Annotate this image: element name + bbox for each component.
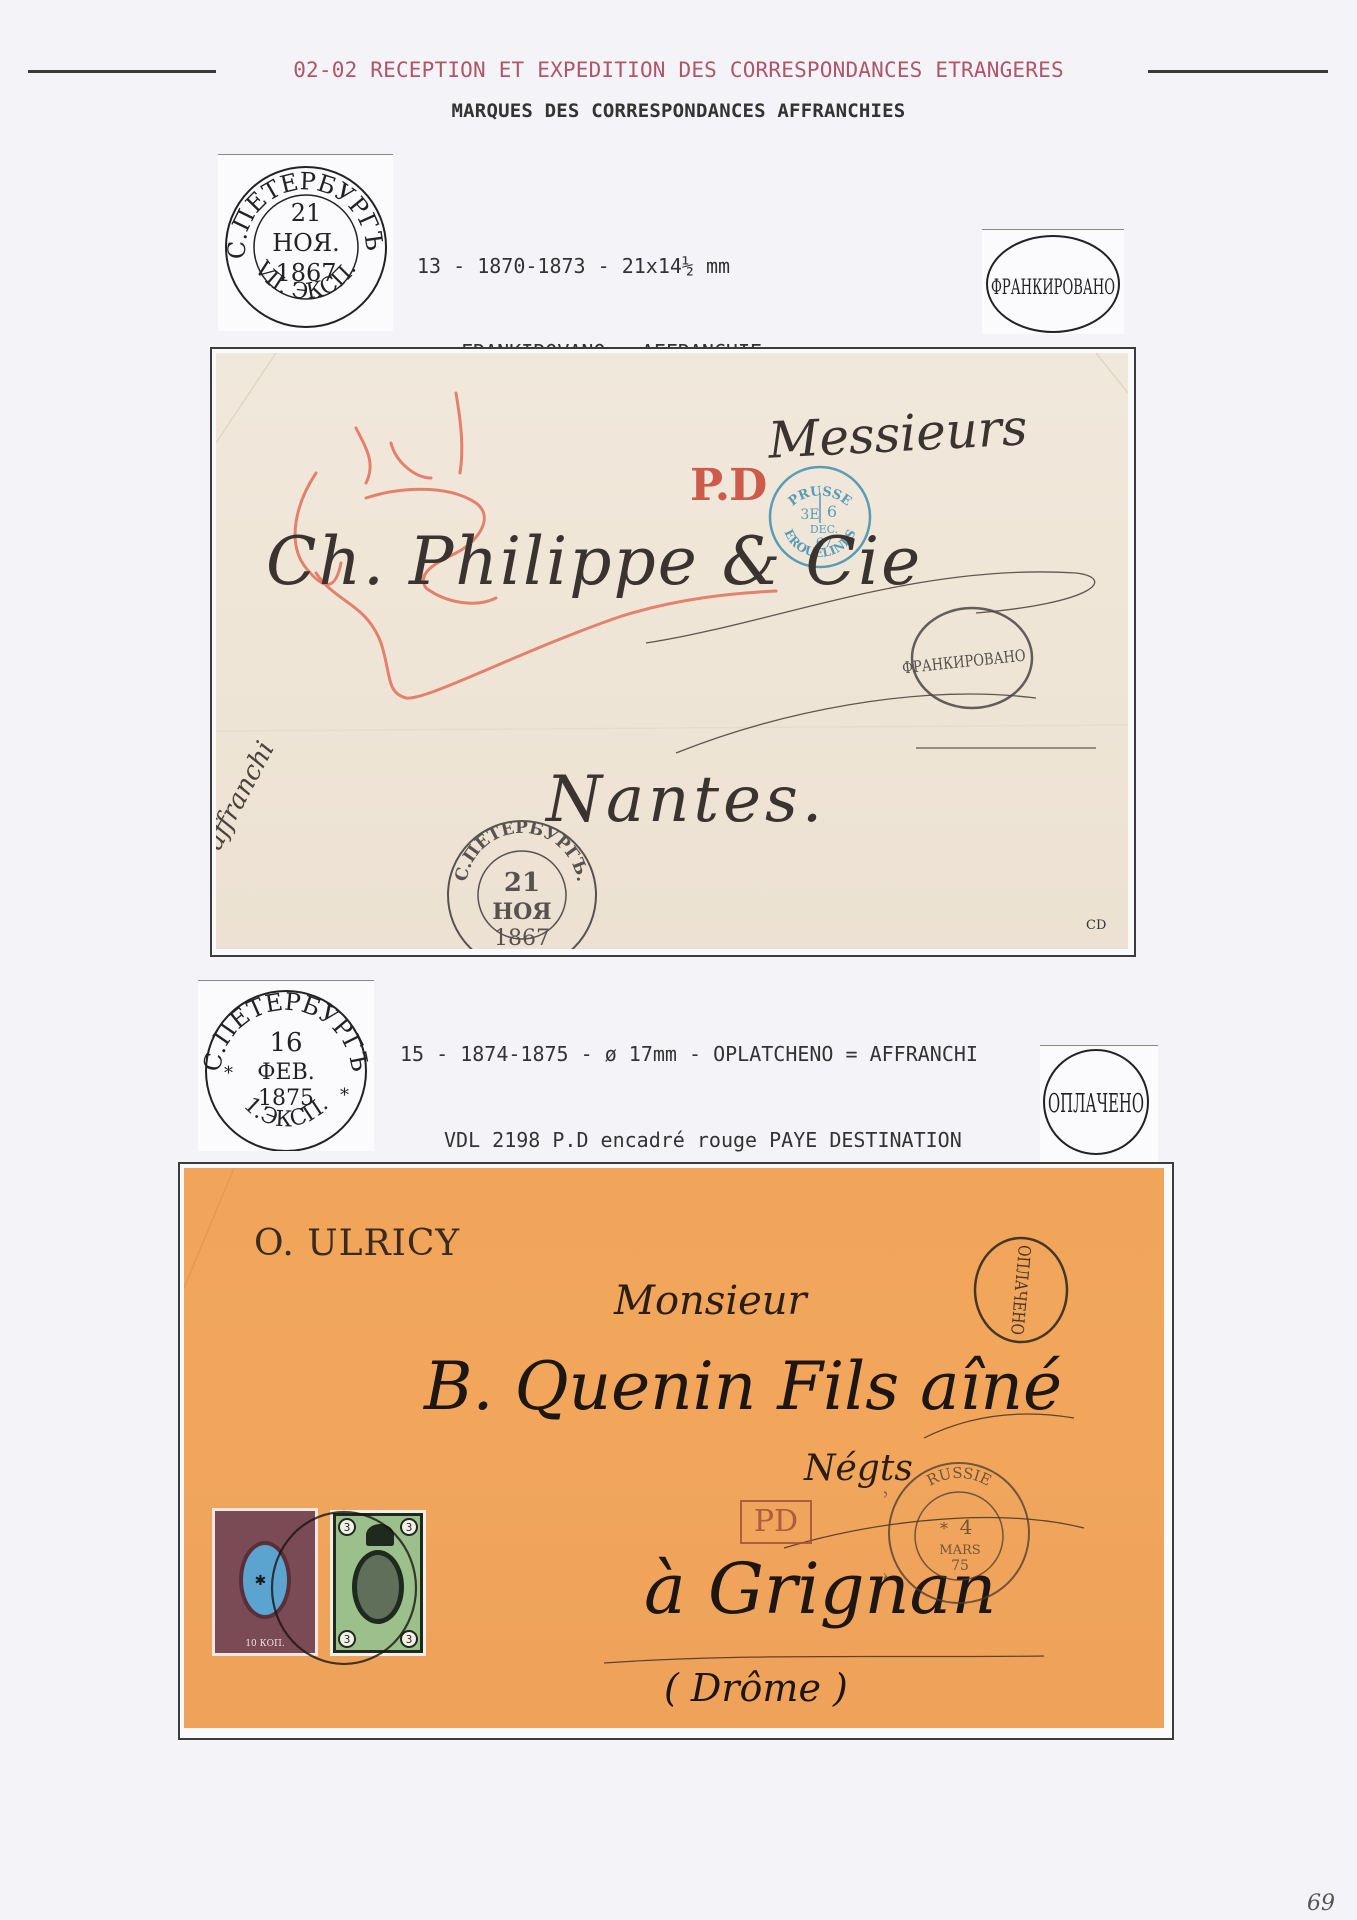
svg-text:НОЯ: НОЯ (492, 899, 551, 925)
svg-text:3E: 3E (800, 507, 819, 523)
mark-illustration-13: ФРАНКИРОВАНО (982, 229, 1124, 334)
description-line: 15 - 1874-1875 - ø 17mm - OPLATCHENO = A… (400, 1040, 978, 1069)
svg-text:21: 21 (504, 868, 540, 898)
svg-text:ОПЛАЧЕНО: ОПЛАЧЕНО (1048, 1089, 1144, 1119)
svg-text:НОЯ.: НОЯ. (272, 229, 340, 257)
page-subtitle: MARQUES DES CORRESPONDANCES AFFRANCHIES (0, 100, 1357, 122)
svg-text:ФЕВ.: ФЕВ. (257, 1060, 314, 1085)
svg-text:6: 6 (827, 502, 837, 521)
corner-mark: CD (1086, 918, 1106, 933)
departure-postmark-st-petersburg: С.ПЕТЕРБУРГЪ. 21 НОЯ 1867 (442, 809, 602, 949)
description-line: 13 - 1870-1873 - 21x14½ mm (417, 252, 858, 281)
cover-15: O. ULRICY Monsieur B. Quenin Fils aîné N… (184, 1168, 1164, 1728)
arrival-postmark-russie: RUSSIE ERQUELINES PARIS * 4 MARS 75 (884, 1458, 1034, 1608)
svg-text:21: 21 (291, 199, 322, 227)
address-recipient: B. Quenin Fils aîné (424, 1348, 1062, 1425)
svg-text:1875: 1875 (258, 1086, 314, 1111)
address-recipient: Ch. Philippe & Cie (266, 523, 922, 600)
svg-text:ФРАНКИРОВАНО: ФРАНКИРОВАНО (901, 646, 1026, 678)
svg-text:*: * (940, 1519, 948, 1538)
svg-text:16: 16 (269, 1028, 302, 1058)
red-pd-mark: P.D (690, 460, 766, 511)
mark-illustration-15: ОПЛАЧЕНО (1040, 1045, 1158, 1164)
boxed-pd-mark: PD (740, 1500, 812, 1544)
svg-text:*: * (340, 1085, 349, 1106)
svg-text:1867: 1867 (494, 926, 550, 949)
sender-name: O. ULRICY (254, 1223, 460, 1264)
svg-text:ERQUELINES: ERQUELINES (884, 1486, 892, 1585)
svg-text:*: * (224, 1063, 233, 1084)
oval-oplatcheno-mark: ОПЛАЧЕНО (966, 1230, 1076, 1350)
black-oval-frankirovano: ФРАНКИРОВАНО (892, 603, 1042, 713)
svg-text:1867: 1867 (275, 259, 336, 287)
svg-text:ФРАНКИРОВАНО: ФРАНКИРОВАНО (991, 275, 1115, 299)
section-title: 02-02 RECEPTION ET EXPEDITION DES CORRES… (0, 58, 1357, 82)
cover-13: P.D PRUSSE EROUELINES 3E 6 DEC. 67 Messi… (216, 353, 1128, 949)
svg-text:MARS: MARS (939, 1543, 980, 1558)
address-department: ( Drôme ) (664, 1666, 848, 1710)
svg-text:4: 4 (960, 1515, 973, 1539)
postmark-illustration-13: С.ПЕТЕРБУРГЪ. VII. ЭКСП. 21 НОЯ. 1867 (218, 154, 393, 331)
postmark-illustration-15: С.ПЕТЕРБУРГЪ 1.ЭКСП. 16 ФЕВ. 1875 * * (198, 980, 374, 1151)
address-monsieur: Monsieur (614, 1278, 807, 1324)
svg-text:ОПЛАЧЕНО: ОПЛАЧЕНО (1006, 1244, 1034, 1335)
page-number: 69 (1307, 1891, 1335, 1916)
stamp-cancellation (224, 1498, 484, 1668)
description-line: VDL 2198 P.D encadré rouge PAYE DESTINAT… (400, 1126, 978, 1155)
svg-text:75: 75 (951, 1558, 969, 1574)
